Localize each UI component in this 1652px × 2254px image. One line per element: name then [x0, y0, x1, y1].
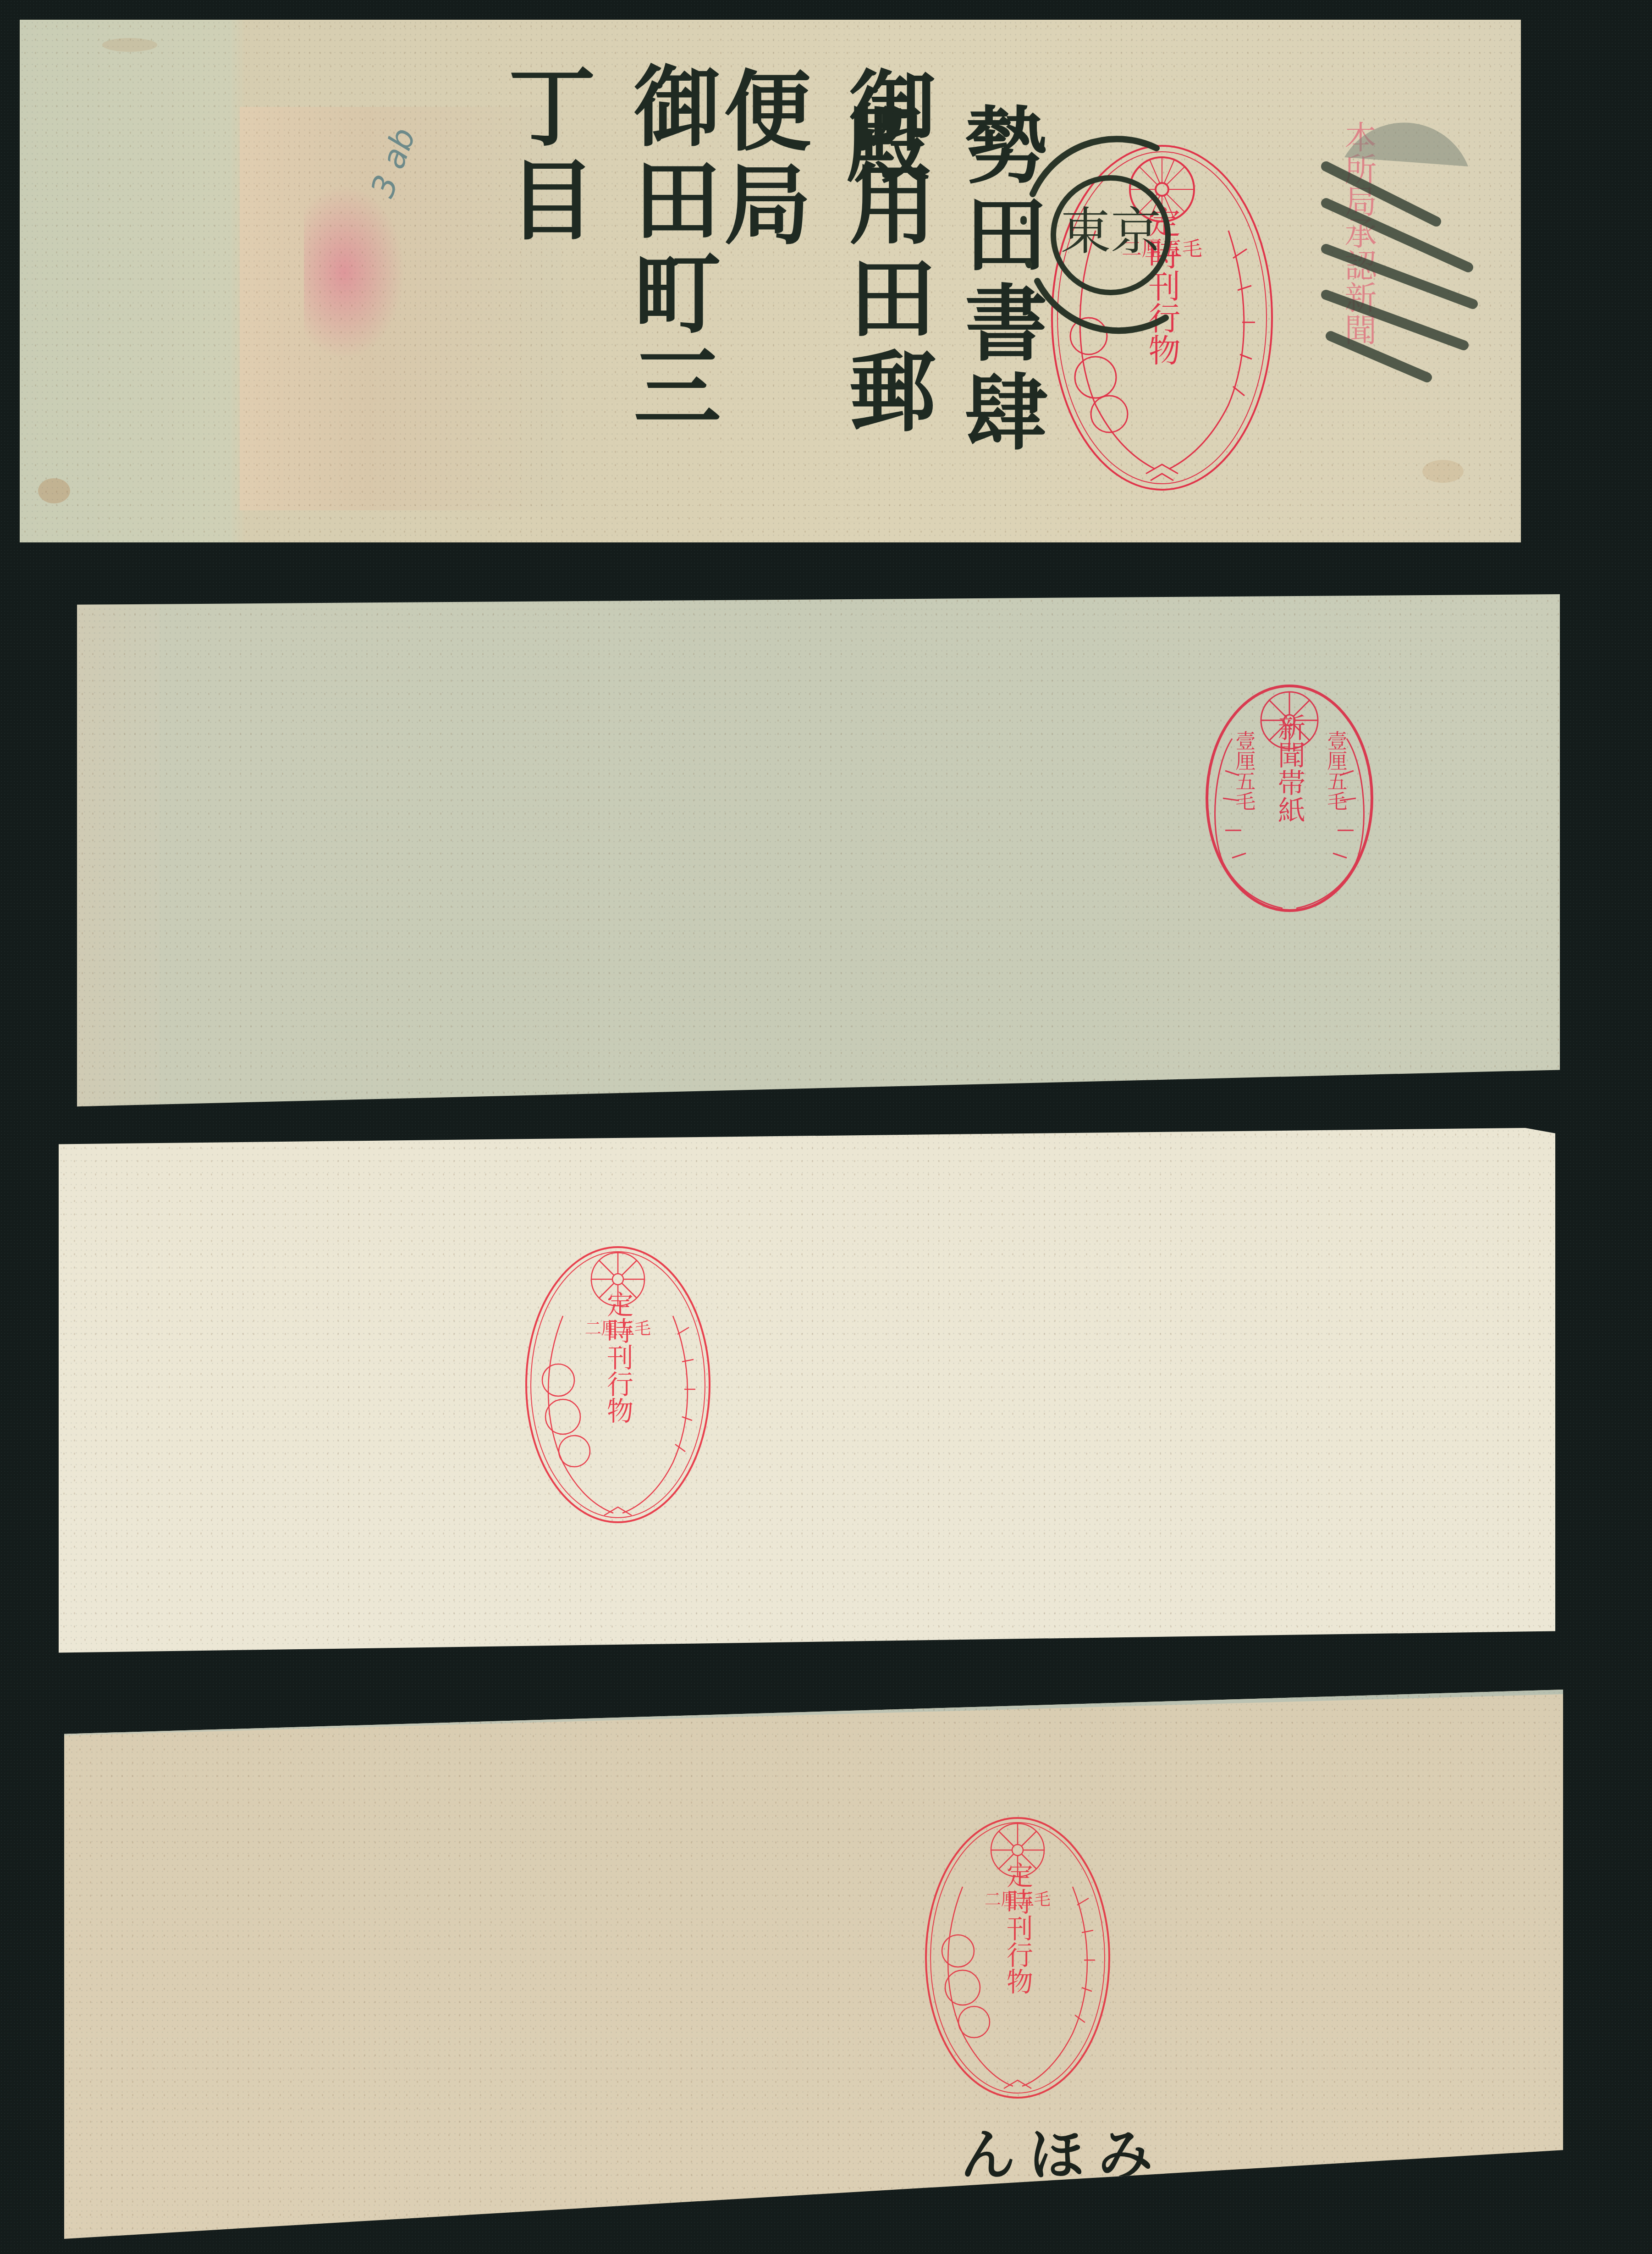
svg-text:東京: 東京: [1060, 202, 1161, 261]
indicium-oval-stamp: 新聞帯紙 壹厘五毛 壹厘五毛: [1200, 679, 1379, 917]
wrapper-1-used: 3 ab 御用田郵便局 御田町三丁目 勢田書肆殿 本所局承認新聞: [20, 20, 1521, 542]
wrapper-2-unused: 新聞帯紙 壹厘五毛 壹厘五毛: [77, 594, 1560, 1117]
svg-text:新聞帯紙: 新聞帯紙: [1273, 713, 1305, 823]
indicium-oval-stamp: 二厘五毛 定時刊行物: [522, 1243, 714, 1527]
svg-text:定時刊行物: 定時刊行物: [602, 1291, 633, 1424]
underlying-wrapper-edge: [64, 1690, 1563, 1735]
indicium-oval-stamp: 二厘五毛 定時刊行物: [921, 1813, 1114, 2102]
wrapper-3-unused: 二厘五毛 定時刊行物: [59, 1128, 1555, 1669]
address-line-1: 御田町三丁目: [483, 61, 733, 474]
wrapper-4-unused: 二厘五毛 定時刊行物 みほん: [64, 1690, 1563, 2244]
svg-text:定時刊行物: 定時刊行物: [1002, 1862, 1033, 1994]
svg-text:壹厘五毛: 壹厘五毛: [1232, 730, 1256, 811]
red-offset-smudge: [304, 185, 405, 359]
svg-text:壹厘五毛: 壹厘五毛: [1324, 730, 1347, 811]
folded-edge: [77, 594, 160, 1117]
foxing-stain: [1422, 460, 1464, 483]
circular-postmark: 東京: [1019, 130, 1221, 331]
specimen-handwritten-note: みほん: [960, 2111, 1167, 2190]
bar-cancellation: [1317, 130, 1509, 387]
foxing-stain: [102, 38, 157, 52]
foxing-stain: [38, 478, 70, 503]
